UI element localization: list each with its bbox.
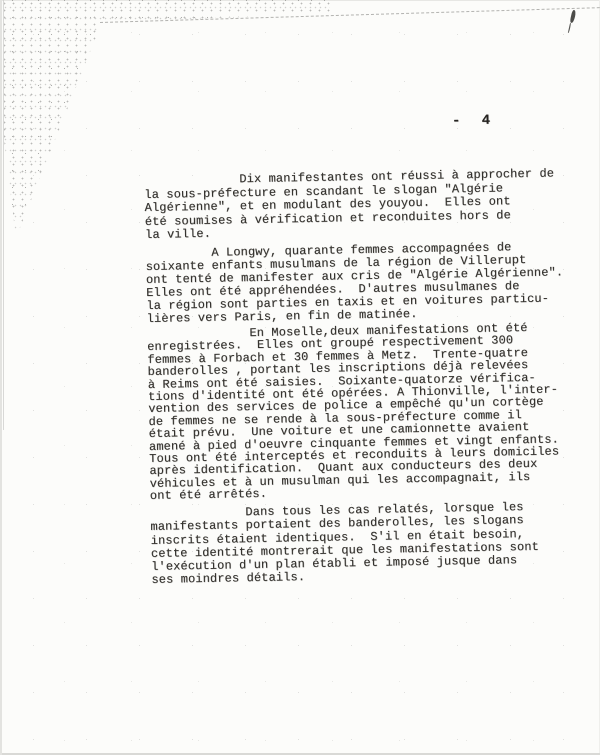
document-body: Dix manifestantes ont réussi à approcher… [144, 167, 582, 595]
paragraph-1: Dix manifestantes ont réussi à approcher… [144, 167, 555, 242]
page-number: - 4 [452, 113, 492, 130]
ink-mark-icon [570, 10, 577, 24]
paragraph-2: A Longwy, quarante femmes accompagnées d… [145, 240, 564, 326]
paragraph-3: En Moselle,deux manifestations ont été e… [147, 321, 560, 502]
scan-left-edge-line [3, 0, 4, 430]
scanned-document-page: - 4 Dix manifestantes ont réussi à appro… [0, 0, 600, 755]
paragraph-4: Dans tous les cas relatés, lorsque les m… [150, 501, 539, 588]
